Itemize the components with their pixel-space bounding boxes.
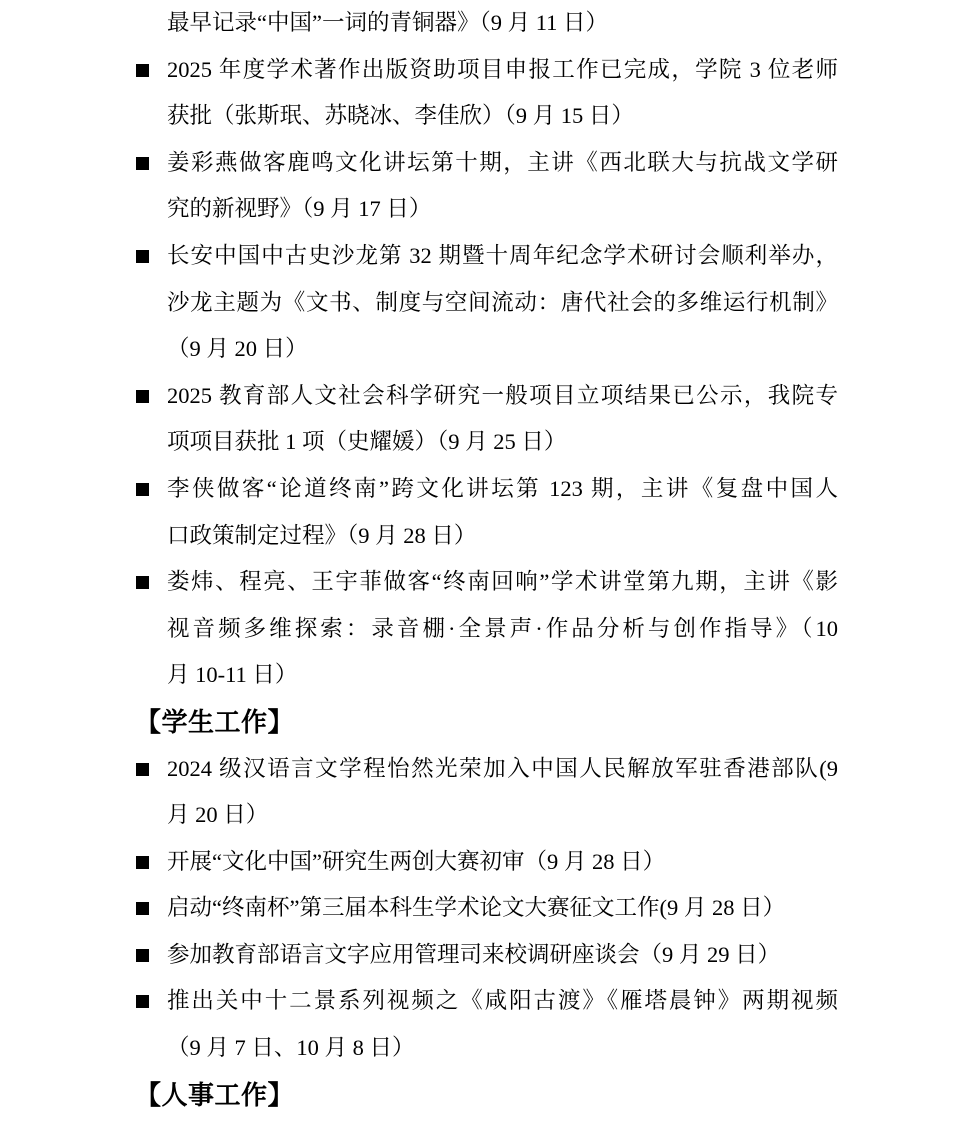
page-content: 最早记录“中国”一词的青铜器》（9 月 11 日） 2025 年度学术著作出版资… bbox=[0, 0, 976, 1118]
item-line: 参加教育部语言文字应用管理司来校调研座谈会（9 月 29 日） bbox=[167, 932, 838, 979]
item-line: 推出关中十二景系列视频之《咸阳古渡》《雁塔晨钟》两期视频 bbox=[167, 978, 838, 1025]
news-item: 姜彩燕做客鹿鸣文化讲坛第十期，主讲《西北联大与抗战文学研 究的新视野》（9 月 … bbox=[135, 140, 838, 233]
bullet-square-icon bbox=[136, 995, 149, 1008]
item-line: 究的新视野》（9 月 17 日） bbox=[167, 186, 838, 233]
bullet-square-icon bbox=[136, 390, 149, 403]
item-line: 2024 级汉语言文学程怡然光荣加入中国人民解放军驻香港部队(9 bbox=[167, 746, 838, 793]
item-line: 娄炜、程亮、王宇菲做客“终南回响”学术讲堂第九期，主讲《影 bbox=[167, 559, 838, 606]
bullet-square-icon bbox=[136, 949, 149, 962]
item-line: 李侠做客“论道终南”跨文化讲坛第 123 期，主讲《复盘中国人 bbox=[167, 466, 838, 513]
news-item: 2024 级汉语言文学程怡然光荣加入中国人民解放军驻香港部队(9 月 20 日） bbox=[135, 746, 838, 839]
news-item: 推出关中十二景系列视频之《咸阳古渡》《雁塔晨钟》两期视频 （9 月 7 日、10… bbox=[135, 978, 838, 1071]
item-line: 开展“文化中国”研究生两创大赛初审（9 月 28 日） bbox=[167, 839, 838, 886]
item-line: 2025 教育部人文社会科学研究一般项目立项结果已公示，我院专 bbox=[167, 373, 838, 420]
news-item: 2025 年度学术著作出版资助项目申报工作已完成，学院 3 位老师 获批（张斯珉… bbox=[135, 47, 838, 140]
news-item: 长安中国中古史沙龙第 32 期暨十周年纪念学术研讨会顺利举办， 沙龙主题为《文书… bbox=[135, 233, 838, 373]
news-item: 2025 教育部人文社会科学研究一般项目立项结果已公示，我院专 项项目获批 1 … bbox=[135, 373, 838, 466]
item-line: 月 20 日） bbox=[167, 792, 838, 839]
bullet-square-icon bbox=[136, 763, 149, 776]
item-line: 项项目获批 1 项（史耀媛）（9 月 25 日） bbox=[167, 419, 838, 466]
item-line: 最早记录“中国”一词的青铜器》（9 月 11 日） bbox=[167, 0, 838, 47]
bullet-square-icon bbox=[136, 576, 149, 589]
item-line: 姜彩燕做客鹿鸣文化讲坛第十期，主讲《西北联大与抗战文学研 bbox=[167, 140, 838, 187]
bullet-square-icon bbox=[136, 856, 149, 869]
bullet-square-icon bbox=[136, 250, 149, 263]
document-page: 最早记录“中国”一词的青铜器》（9 月 11 日） 2025 年度学术著作出版资… bbox=[0, 0, 976, 1126]
item-line: 获批（张斯珉、苏晓冰、李佳欣）（9 月 15 日） bbox=[167, 93, 838, 140]
item-line: 月 10-11 日） bbox=[167, 652, 838, 699]
item-line: 启动“终南杯”第三届本科生学术论文大赛征文工作(9 月 28 日） bbox=[167, 885, 838, 932]
item-line: 口政策制定过程》（9 月 28 日） bbox=[167, 513, 838, 560]
news-item: 开展“文化中国”研究生两创大赛初审（9 月 28 日） bbox=[135, 839, 838, 886]
section-heading-student-work: 【学生工作】 bbox=[135, 699, 838, 746]
news-item-continued: 最早记录“中国”一词的青铜器》（9 月 11 日） bbox=[135, 0, 838, 47]
item-line: 长安中国中古史沙龙第 32 期暨十周年纪念学术研讨会顺利举办， bbox=[167, 233, 838, 280]
news-item: 启动“终南杯”第三届本科生学术论文大赛征文工作(9 月 28 日） bbox=[135, 885, 838, 932]
bullet-square-icon bbox=[136, 483, 149, 496]
item-line: 视音频多维探索：录音棚·全景声·作品分析与创作指导》（10 bbox=[167, 606, 838, 653]
news-item: 参加教育部语言文字应用管理司来校调研座谈会（9 月 29 日） bbox=[135, 932, 838, 979]
item-line: 2025 年度学术著作出版资助项目申报工作已完成，学院 3 位老师 bbox=[167, 47, 838, 94]
news-item: 娄炜、程亮、王宇菲做客“终南回响”学术讲堂第九期，主讲《影 视音频多维探索：录音… bbox=[135, 559, 838, 699]
bullet-square-icon bbox=[136, 64, 149, 77]
item-line: 沙龙主题为《文书、制度与空间流动：唐代社会的多维运行机制》 bbox=[167, 280, 838, 327]
item-line: （9 月 7 日、10 月 8 日） bbox=[167, 1025, 838, 1072]
news-item: 李侠做客“论道终南”跨文化讲坛第 123 期，主讲《复盘中国人 口政策制定过程》… bbox=[135, 466, 838, 559]
item-line: （9 月 20 日） bbox=[167, 326, 838, 373]
section-heading-hr-work: 【人事工作】 bbox=[135, 1072, 838, 1119]
bullet-square-icon bbox=[136, 902, 149, 915]
bullet-square-icon bbox=[136, 157, 149, 170]
